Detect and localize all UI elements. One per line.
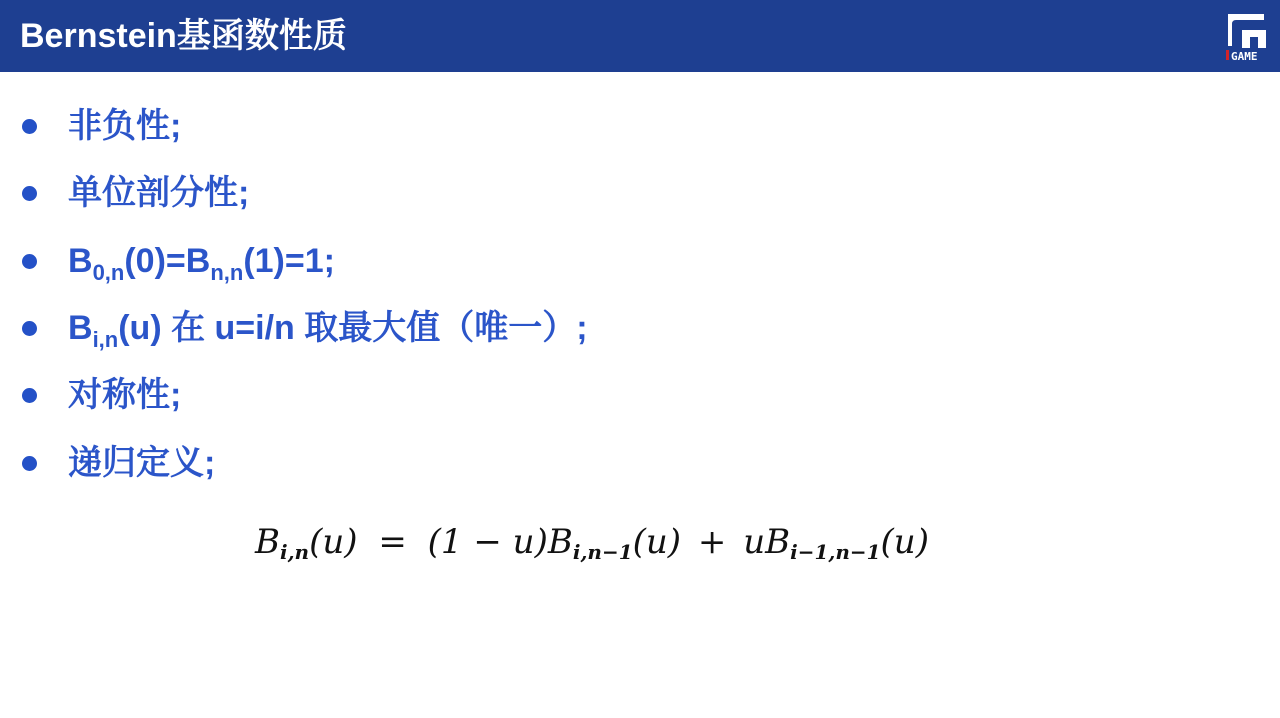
- bullet-dot: [22, 119, 37, 134]
- slide-header: Bernstein基函数性质 GAME: [0, 0, 1280, 72]
- bullet-text: 对称性;: [68, 373, 181, 417]
- bullet-dot: [22, 388, 37, 403]
- bullet-non-negativity: 非负性;: [0, 96, 900, 156]
- bullet-symmetry: 对称性;: [0, 365, 900, 425]
- bullet-dot: [22, 321, 37, 336]
- slide-title: Bernstein基函数性质: [20, 14, 347, 58]
- bullet-text: 单位剖分性;: [68, 171, 249, 215]
- bullet-partition-of-unity: 单位剖分性;: [0, 163, 900, 223]
- bullet-dot: [22, 456, 37, 471]
- bullet-text: 非负性;: [68, 104, 181, 148]
- igame-logo-icon: GAME: [1222, 10, 1274, 62]
- bullet-text: Bi,n(u) 在 u=i/n 取最大值（唯一）;: [68, 306, 588, 350]
- bullet-dot: [22, 254, 37, 269]
- bullet-text: 递归定义;: [68, 441, 215, 485]
- bullet-recursive-definition: 递归定义;: [0, 433, 900, 493]
- bullet-endpoint-values: B0,n(0)=Bn,n(1)=1;: [0, 231, 900, 291]
- bullet-maximum: Bi,n(u) 在 u=i/n 取最大值（唯一）;: [0, 298, 900, 358]
- bullet-dot: [22, 186, 37, 201]
- bullet-text: B0,n(0)=Bn,n(1)=1;: [68, 239, 335, 283]
- recursive-formula: Bi,n(u) = (1 − u)Bi,n−1(u) + uBi−1,n−1(u…: [255, 522, 975, 574]
- logo-text: GAME: [1231, 50, 1258, 62]
